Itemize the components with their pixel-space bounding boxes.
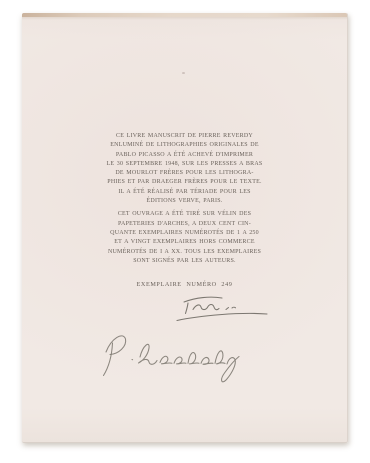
colophon-paragraph-2: CET OUVRAGE A ÉTÉ TIRÉ SUR VÉLIN DES PAP…	[80, 210, 290, 266]
edition-number-line: EXEMPLAIRE NUMÉRO 249	[80, 280, 290, 289]
page-top-edge-shadow	[22, 17, 347, 20]
paper-speck	[182, 72, 185, 74]
colophon-paragraph-1: CE LIVRE MANUSCRIT DE PIERRE REVERDY ENL…	[80, 132, 290, 206]
colophon-page: CE LIVRE MANUSCRIT DE PIERRE REVERDY ENL…	[22, 13, 348, 443]
book-photo: CE LIVRE MANUSCRIT DE PIERRE REVERDY ENL…	[0, 0, 370, 463]
colophon-text-block: CE LIVRE MANUSCRIT DE PIERRE REVERDY ENL…	[80, 132, 290, 289]
